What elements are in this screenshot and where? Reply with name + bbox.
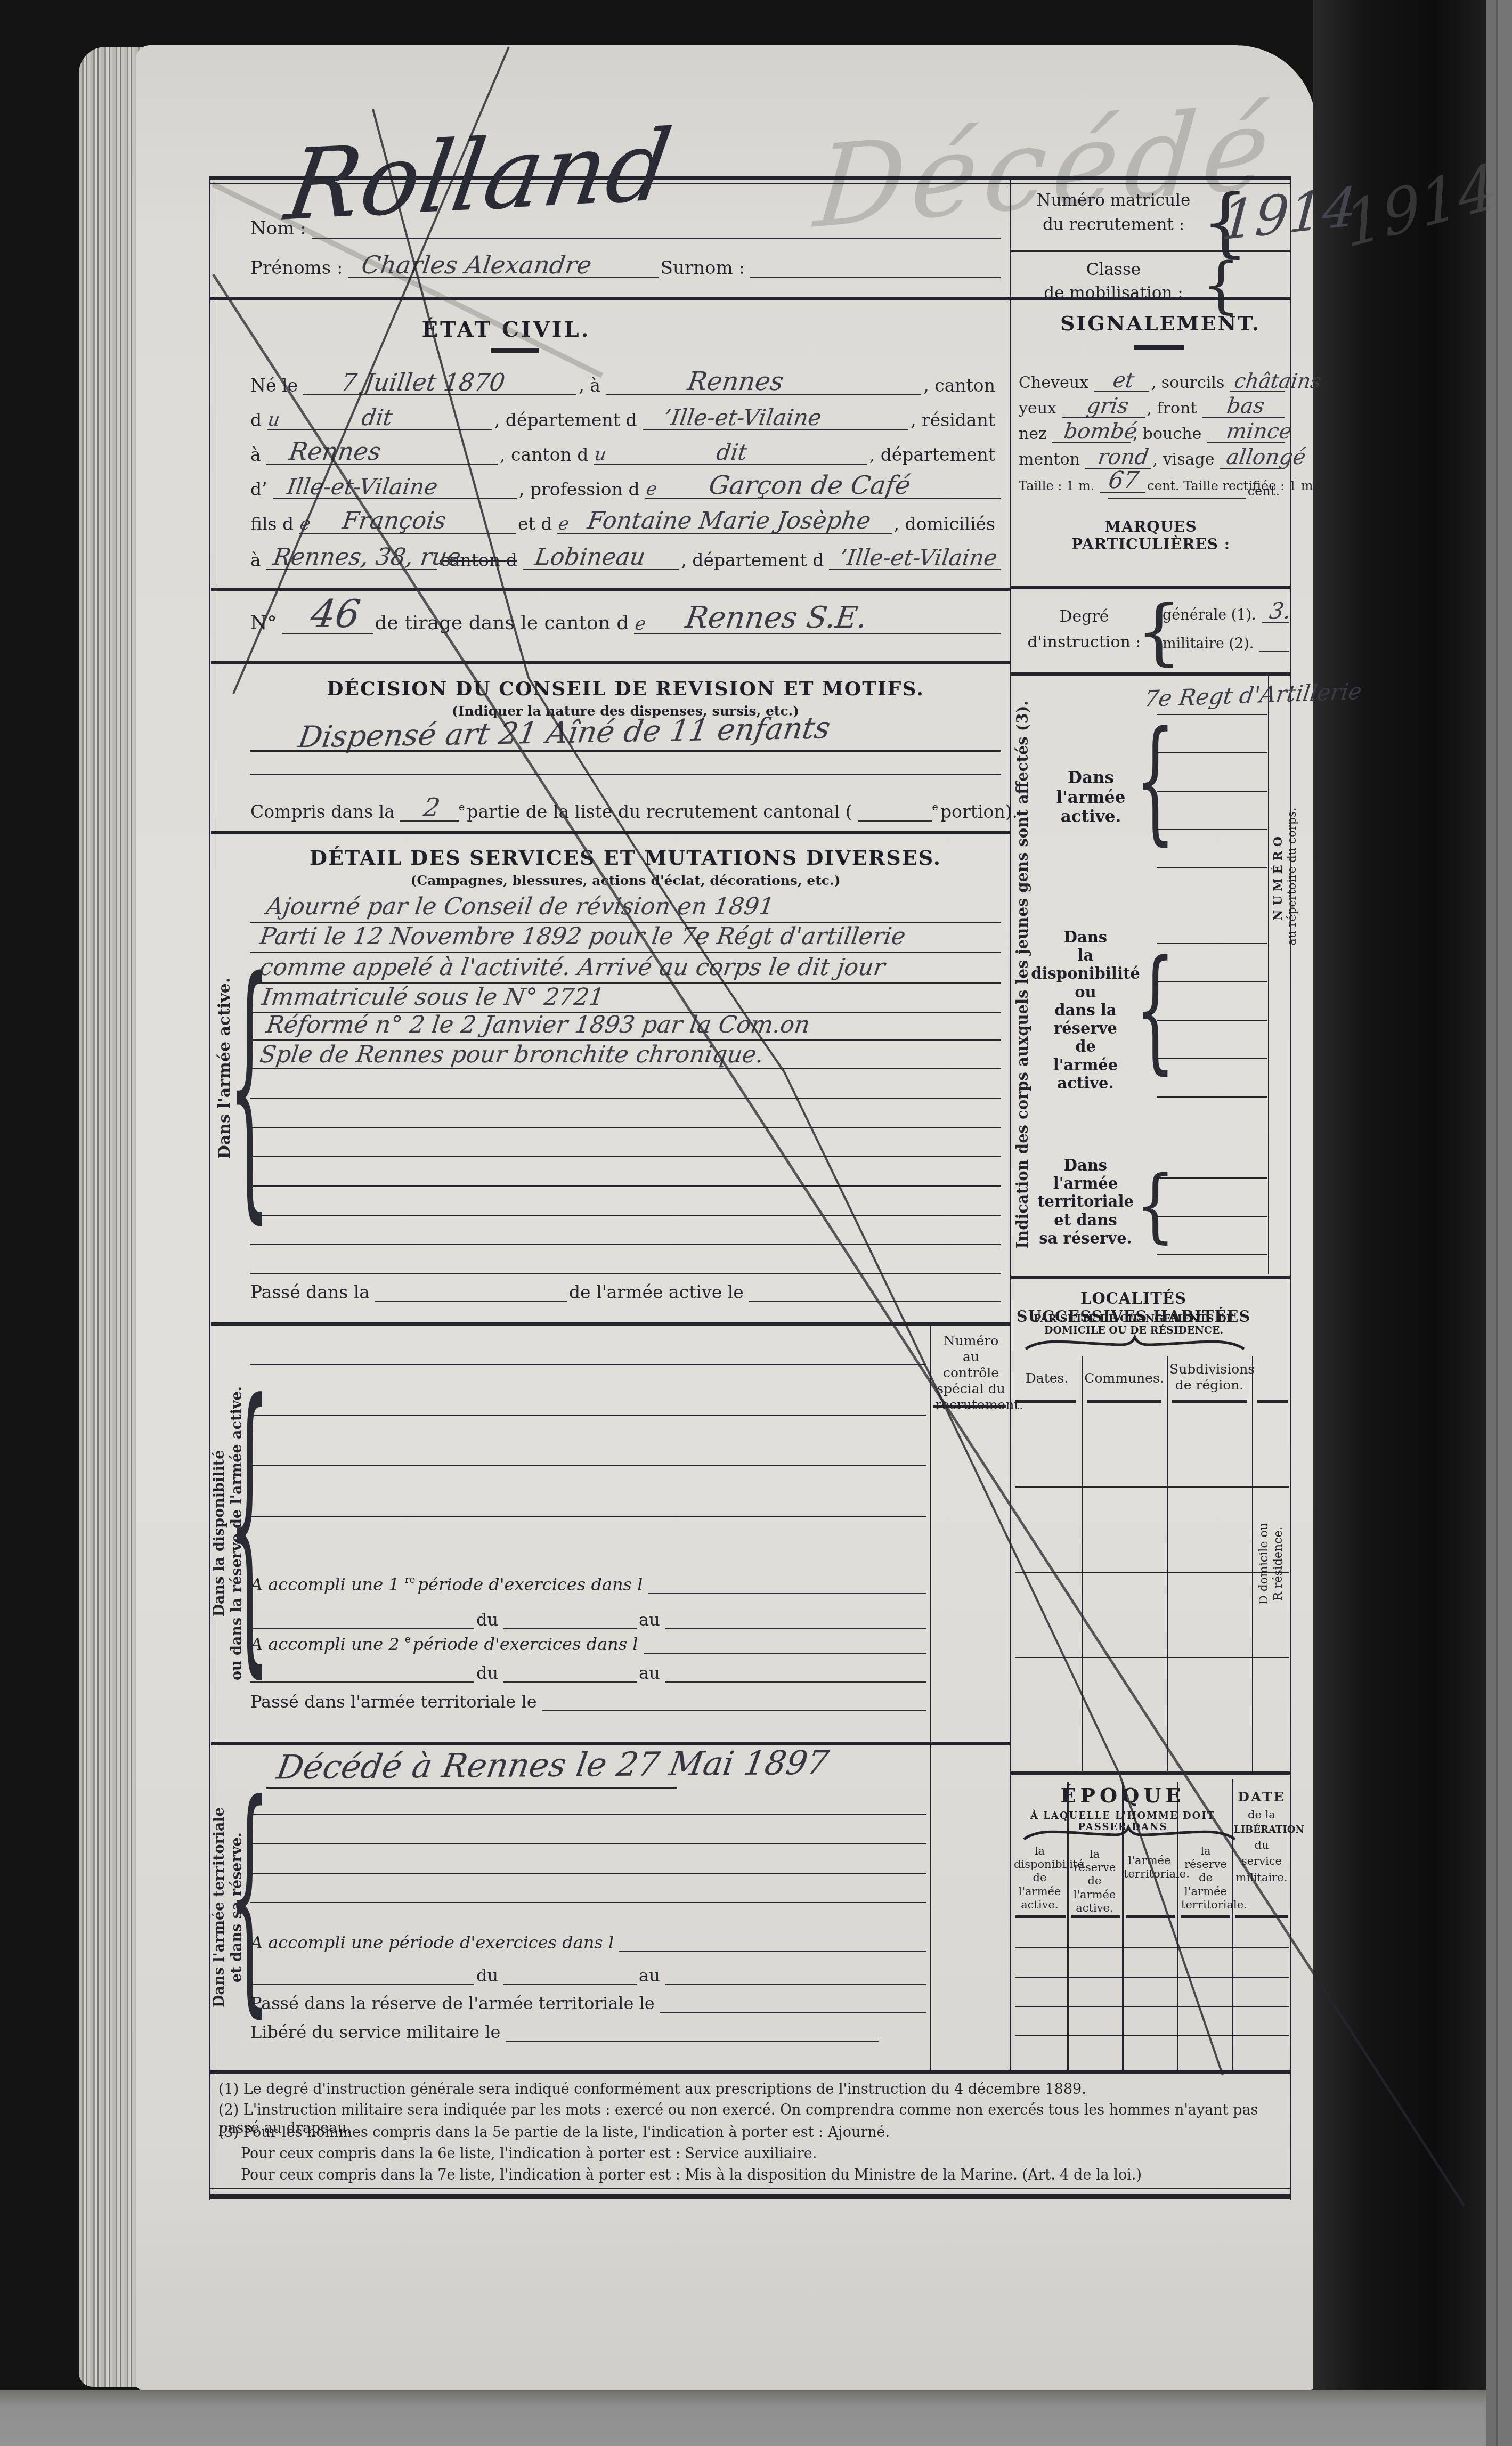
center-column-divider	[1010, 176, 1011, 2071]
epoque-date-header: DATE de la LIBÉRATION du service militai…	[1234, 1787, 1289, 1886]
form-left-border	[209, 176, 210, 2200]
signalement-title-bar	[1134, 345, 1184, 350]
epoque-divider-3	[1177, 1782, 1178, 2070]
controle-column-header: Numéro au contrôle spécial du recrutemen…	[935, 1333, 1007, 1413]
margin-brace-disponibilite: {	[229, 1368, 270, 1681]
compris-label: Compris dans la	[250, 803, 400, 822]
taille-label: Taille : 1 m.	[1019, 480, 1100, 493]
indication-corps-vertical-label: Indication des corps auxquels les jeunes…	[1013, 677, 1032, 1272]
active-block-bottom-rule	[211, 1322, 1010, 1326]
group3-l4: sa réserve.	[1031, 1229, 1140, 1247]
tirage-row: N° 46 de tirage dans le canton d e Renne…	[250, 600, 1001, 634]
periode-terr-date-line-c	[665, 1978, 926, 1985]
service-entry-4: Immatriculé sous le N° 2721	[261, 986, 606, 1009]
footnote-4: Pour ceux compris dans la 6e liste, l'in…	[241, 2145, 1285, 2163]
mother-suffix: e	[557, 515, 571, 533]
profession-label: , profession d	[517, 481, 645, 499]
group-armee-active-label: Dans l'armée active.	[1042, 768, 1140, 827]
alias-field-line	[750, 271, 1001, 278]
decision-line-2	[250, 774, 1001, 775]
dr-l2: R résidence.	[1272, 1396, 1286, 1732]
residence-canton-suffix: u	[594, 445, 608, 464]
compris-portion-label: portion).	[938, 803, 1023, 822]
parents-row: fils d e François et d e Fontaine Marie …	[250, 509, 1001, 534]
periode1-label: A accompli une 1	[250, 1576, 405, 1594]
instruction-militaire-label: militaire (2).	[1163, 637, 1259, 652]
date-l1: DATE	[1234, 1787, 1289, 1807]
canton-d-suffix: u	[267, 411, 281, 429]
bouche-label: , bouche	[1131, 426, 1207, 443]
localites-col-dates: Dates.	[1015, 1370, 1079, 1386]
group3-line	[1157, 1216, 1267, 1217]
group2-line	[1157, 981, 1267, 982]
localites-dr-vertical-label: D domicile ou R résidence.	[1257, 1396, 1286, 1732]
cheveux-label: Cheveux	[1019, 375, 1094, 392]
group3-line	[1157, 1254, 1267, 1255]
localites-row-line	[1015, 1572, 1289, 1573]
terr-line	[250, 1843, 926, 1844]
decision-line-1	[250, 750, 1001, 752]
epoque-row-line	[1015, 2006, 1289, 2007]
sourcils-value: châtains	[1233, 371, 1322, 391]
tirage-canton-suffix: e	[634, 615, 647, 633]
epoque-header-rule-5	[1235, 1915, 1288, 1918]
matricule-value: 1914	[1220, 180, 1358, 248]
sourcils-line: châtains	[1230, 385, 1285, 392]
passe-territoriale-row: Passé dans l'armée territoriale le	[250, 1687, 926, 1711]
birth-canton-row: d u dit , département d ’Ille-et-Vilaine…	[250, 405, 1001, 430]
epoque-divider-4	[1232, 1779, 1233, 2070]
passe-label-2: de l'armée active le	[567, 1283, 749, 1302]
localites-row-line	[1015, 1486, 1289, 1488]
birth-departement-line: ’Ille-et-Vilaine	[643, 422, 908, 430]
matricule-label-line2: du recrutement :	[1028, 215, 1199, 235]
matricule-label-line1: Numéro matricule	[1028, 191, 1199, 210]
compris-sup-1: e	[459, 801, 465, 813]
and-of-label: et d	[516, 515, 557, 534]
nez-row: nez bombé , bouche mince	[1019, 420, 1285, 443]
residence-departement-label: , département	[867, 446, 1001, 465]
residant-label: , résidant	[908, 411, 1001, 430]
group1-line	[1157, 829, 1267, 830]
menton-value: rond	[1097, 446, 1150, 468]
page-stack-edges	[79, 47, 142, 2387]
instruction-label-l2: d'instruction :	[1023, 633, 1145, 652]
decision-bottom-rule	[211, 831, 1010, 834]
service-line	[250, 1215, 1001, 1216]
periode2-label: A accompli une 2	[250, 1636, 405, 1654]
periode2-row: A accompli une 2 e période d'exercices d…	[250, 1629, 926, 1654]
group2-l1: Dans	[1031, 928, 1140, 946]
periode2-date-line-c	[665, 1675, 926, 1683]
taille-rectifiee-line	[1108, 491, 1246, 499]
terr-line	[250, 1873, 926, 1874]
epoque-row-line	[1015, 1977, 1289, 1978]
instruction-generale-value: 3.	[1268, 600, 1292, 622]
birth-departement-value: ’Ille-et-Vilaine	[662, 407, 823, 429]
periode1-date-line-a	[250, 1622, 474, 1629]
group3-l1: Dans l'armée	[1031, 1156, 1140, 1192]
service-line	[250, 1244, 1001, 1245]
menton-label: menton	[1019, 452, 1085, 469]
instruction-militaire-line	[1259, 645, 1289, 652]
departement-label: , département d	[492, 411, 643, 430]
mother-value: Fontaine Marie Josèphe	[586, 509, 872, 533]
dispo-line	[250, 1364, 926, 1365]
address-street-line: Lobineau	[523, 563, 679, 570]
born-label: Né le	[250, 377, 303, 395]
localites-divider-2	[1167, 1356, 1168, 1771]
compris-text-label: partie de la liste du recrutement canton…	[465, 803, 857, 822]
passe-label: Passé dans la	[250, 1283, 375, 1302]
localites-header-rule-2	[1087, 1400, 1161, 1403]
son-of-label: fils d	[250, 515, 299, 534]
classe-label-line1: Classe	[1028, 260, 1199, 280]
epoque-col4-header: la réserve de l'armée territoriale.	[1181, 1844, 1230, 1912]
passe-reserve-terr-label: Passé dans la réserve de l'armée territo…	[250, 1995, 660, 2013]
epoque-divider-2	[1122, 1782, 1124, 2070]
residence-departement-value: Ille-et-Vilaine	[286, 476, 439, 498]
service-line	[250, 1127, 1001, 1128]
group1-l1: Dans	[1042, 768, 1140, 788]
service-line	[250, 1185, 1001, 1187]
passe-armee-active-row: Passé dans la de l'armée active le	[250, 1278, 1001, 1302]
periode1-au-label: au	[637, 1611, 665, 1629]
group3-l2: territoriale	[1031, 1192, 1140, 1210]
father-line: e François	[299, 526, 516, 534]
repertoire-vertical-label: NUMÉRO au répertoire du corps.	[1271, 687, 1300, 1066]
compris-part-line: 2	[400, 814, 459, 822]
signalement-bottom-rule	[1010, 586, 1291, 589]
epoque-row-line	[1015, 1947, 1289, 1948]
epoque-divider-1	[1067, 1782, 1069, 2070]
corps-bottom-rule	[1010, 1276, 1291, 1279]
residence-canton-line: u dit	[594, 457, 867, 465]
passe-reserve-terr-line	[660, 2005, 926, 2013]
group2-l3: ou	[1031, 983, 1140, 1001]
tirage-text-label: de tirage dans le canton d	[373, 614, 635, 634]
margin-brace-territoriale: {	[229, 1775, 270, 2021]
firstnames-row: Prénoms : Charles Alexandre Surnom :	[250, 253, 1001, 278]
tirage-number-value: 46	[308, 595, 363, 633]
tirage-canton-line: e Rennes S.E.	[634, 627, 1001, 634]
born-at-label: , à	[576, 377, 606, 395]
cheveux-row: Cheveux et , sourcils châtains	[1019, 369, 1285, 392]
classe-brace: {	[1201, 255, 1240, 316]
service-entry-2: Parti le 12 Novembre 1892 pour le 7e Rég…	[258, 925, 907, 948]
passe-date-line	[749, 1295, 1001, 1302]
date-l3: LIBÉRATION	[1234, 1823, 1289, 1837]
departement-d-label: d’	[250, 481, 273, 499]
instruction-label-l1: Degré	[1034, 607, 1135, 626]
periode1-label-2: période d'exercices dans l	[415, 1576, 648, 1594]
canton-label: , canton	[921, 377, 1001, 395]
address-at-label: à	[250, 551, 266, 570]
nez-label: nez	[1019, 426, 1052, 443]
group1-line	[1157, 714, 1267, 715]
periode1-dates-row: du au	[250, 1605, 926, 1629]
periode2-du-label: du	[474, 1664, 503, 1683]
periode-terr-row: A accompli une période d'exercices dans …	[250, 1928, 926, 1952]
margin-label-disponibilite-l1: Dans la disponibilité	[211, 1326, 229, 1741]
domiciled-label: , domiciliés	[892, 515, 1001, 534]
birth-canton-line: u dit	[267, 422, 492, 430]
nez-value: bombé	[1062, 421, 1139, 442]
terr-line	[250, 1814, 926, 1815]
periode2-sup: e	[405, 1634, 411, 1645]
periode2-au-label: au	[637, 1664, 665, 1683]
profession-suffix: e	[645, 480, 658, 498]
instruction-generale-label: générale (1).	[1163, 608, 1262, 623]
service-line	[250, 1068, 1001, 1069]
repertoire-l2: au répertoire du corps.	[1286, 687, 1300, 1066]
signalement-title: SIGNALEMENT.	[1060, 312, 1252, 336]
yeux-label: yeux	[1019, 401, 1062, 418]
canton-d-label: d	[250, 411, 267, 430]
group1-line	[1157, 867, 1267, 868]
localites-col-subdivisions: Subdivisions de région.	[1169, 1361, 1249, 1393]
margin-label-territoriale-l1: Dans l'armée territoriale	[211, 1748, 229, 2067]
front-label: , front	[1145, 401, 1202, 418]
service-line	[250, 1098, 1001, 1099]
libere-label: Libéré du service militaire le	[250, 2024, 506, 2042]
address-departement-line: ’Ille-et-Vilaine	[829, 563, 1001, 570]
scanned-register-page: Décédé 1914 Nom : Rolland Prénoms : Char…	[0, 0, 1512, 2446]
firstnames-label: Prénoms :	[250, 259, 348, 278]
repertoire-l1: NUMÉRO	[1271, 687, 1286, 1066]
footnote-3: (3) Pour les hommes compris dans la 5e p…	[218, 2124, 1281, 2142]
form-bottom-border-thin	[209, 2188, 1291, 2189]
profession-line: e Garçon de Café	[645, 492, 1001, 499]
group-disponibilite-label: Dans la disponibilité ou dans la réserve…	[1031, 928, 1140, 1092]
service-entry-6: Sple de Rennes pour bronchite chronique.	[258, 1043, 765, 1067]
cheveux-value: et	[1111, 370, 1135, 391]
instruction-bottom-rule	[1010, 672, 1291, 676]
terr-line	[250, 1902, 926, 1903]
dispo-line	[250, 1415, 926, 1416]
mother-line: e Fontaine Marie Josèphe	[557, 526, 891, 534]
nez-line: bombé	[1052, 436, 1131, 443]
death-note-underline	[266, 1787, 677, 1789]
periode-terr-du-label: du	[474, 1967, 503, 1985]
scanner-right-edge	[1486, 0, 1512, 2446]
surname-signature: Rolland	[280, 116, 678, 234]
periode-terr-line	[619, 1945, 926, 1952]
group2-line	[1157, 1058, 1267, 1059]
yeux-row: yeux gris , front bas	[1019, 394, 1285, 418]
localites-row-line	[1015, 1657, 1289, 1658]
compris-row: Compris dans la 2 e partie de la liste d…	[250, 797, 1001, 822]
tirage-bottom-rule	[211, 661, 1010, 664]
epoque-header-rule-1	[1015, 1915, 1066, 1918]
address-departement-label: , département d	[679, 551, 829, 570]
epoque-header-rule-3	[1126, 1915, 1175, 1918]
compris-portion-line	[858, 814, 932, 822]
epoque-header-rule-2	[1071, 1915, 1120, 1918]
parents-address-row: à Rennes, 38, rue canton d Lobineau , dé…	[250, 546, 1001, 570]
etat-civil-bottom-rule	[211, 588, 1010, 591]
group2-line	[1157, 1096, 1267, 1098]
tirage-number-line: 46	[282, 627, 373, 634]
localites-divider-1	[1082, 1356, 1083, 1771]
controle-header-rule	[933, 1405, 1006, 1408]
compris-part-value: 2	[422, 795, 442, 820]
service-line	[250, 1273, 1001, 1274]
group1-line	[1157, 752, 1267, 753]
localites-col-communes: Communes.	[1084, 1370, 1164, 1386]
passe-territoriale-line	[542, 1704, 926, 1711]
footnote-1: (1) Le degré d'instruction générale sera…	[218, 2081, 1281, 2099]
dispo-line	[250, 1465, 926, 1466]
father-suffix: e	[299, 515, 312, 533]
birth-row: Né le 7 Juillet 1870 , à Rennes , canton	[250, 371, 1001, 395]
instruction-generale-row: générale (1). 3.	[1163, 601, 1289, 623]
visage-value: allongé	[1225, 446, 1307, 468]
periode2-label-2: période d'exercices dans l	[411, 1636, 644, 1654]
service-line	[250, 1156, 1001, 1157]
content-bottom-rule	[209, 2070, 1291, 2074]
cheveux-line: et	[1094, 385, 1149, 392]
name-band-bottom-rule	[209, 297, 1291, 300]
visage-line: allongé	[1220, 461, 1285, 469]
form-bottom-border	[209, 2194, 1291, 2199]
group2-line	[1157, 1020, 1267, 1021]
birth-date-line: 7 Juillet 1870	[303, 388, 576, 395]
bouche-line: mince	[1207, 436, 1285, 443]
etat-civil-title-bar	[491, 348, 539, 353]
repertoire-strip-divider	[1268, 676, 1269, 1274]
taille-cent-row: cent.	[1108, 477, 1285, 499]
date-l2: de la	[1234, 1807, 1289, 1823]
localites-bottom-rule	[1010, 1771, 1291, 1775]
address-street-value: Lobineau	[533, 546, 647, 569]
service-line	[250, 1039, 1001, 1041]
birth-place-value: Rennes	[686, 369, 785, 394]
address-value: Rennes, 38, rue	[271, 546, 462, 569]
epoque-row-line	[1015, 2035, 1289, 2036]
periode-terr-dates-row: du au	[250, 1961, 926, 1985]
address-departement-value: ’Ille-et-Vilaine	[838, 547, 998, 569]
bouche-value: mince	[1225, 421, 1293, 442]
group3-line	[1157, 1177, 1267, 1179]
passe-territoriale-label: Passé dans l'armée territoriale le	[250, 1693, 542, 1711]
controle-column-divider	[930, 1324, 931, 2070]
group3-l3: et dans	[1031, 1211, 1140, 1229]
instruction-militaire-row: militaire (2).	[1163, 630, 1289, 652]
periode-terr-date-line-a	[250, 1978, 474, 1985]
firstnames-value: Charles Alexandre	[360, 253, 593, 277]
periode1-du-label: du	[474, 1611, 503, 1629]
localites-header-rule-3	[1172, 1400, 1247, 1403]
yeux-value: gris	[1085, 395, 1130, 417]
group2-line	[1157, 943, 1267, 944]
taille-cent-label: cent.	[1246, 485, 1285, 499]
group2-l2: la disponibilité	[1031, 946, 1140, 982]
localites-header-rule-1	[1015, 1400, 1076, 1403]
passe-blank-line	[375, 1295, 567, 1302]
decision-value: Dispensé art 21 Aîné de 11 enfants	[296, 713, 832, 753]
localites-subtitle: PAR SUITE DE CHANGEMENTS DE DOMICILE OU …	[1011, 1313, 1256, 1337]
periode2-dates-row: du au	[250, 1658, 926, 1683]
front-line: bas	[1202, 410, 1285, 418]
libere-line	[506, 2034, 879, 2042]
menton-row: menton rond , visage allongé	[1019, 445, 1285, 469]
epoque-col3-header: l'armée territoriale.	[1124, 1854, 1175, 1881]
decision-title: DÉCISION DU CONSEIL DE REVISION ET MOTIF…	[250, 678, 1001, 700]
epoque-col1-header: la disponibilité de l'armée active.	[1014, 1844, 1066, 1912]
residence-at-label: à	[250, 446, 266, 465]
epoque-header-rule-4	[1181, 1915, 1230, 1918]
group1-line	[1157, 791, 1267, 792]
periode1-line	[648, 1587, 926, 1594]
periode2-date-line-b	[503, 1675, 637, 1683]
detail-subtitle: (Campagnes, blessures, actions d'éclat, …	[250, 873, 1001, 889]
birth-place-line: Rennes	[606, 388, 921, 395]
group2-l4: dans la réserve	[1031, 1001, 1140, 1037]
date-l5: militaire.	[1234, 1870, 1289, 1886]
passe-reserve-terr-row: Passé dans la réserve de l'armée territo…	[250, 1988, 926, 2013]
compris-sup-2: e	[932, 801, 938, 813]
group-territoriale-label: Dans l'armée territoriale et dans sa rés…	[1031, 1156, 1140, 1247]
instruction-generale-line: 3.	[1262, 616, 1289, 623]
periode1-date-line-b	[503, 1622, 637, 1629]
book-gutter-shadow	[1313, 0, 1486, 2446]
periode1-sup: re	[405, 1574, 416, 1586]
service-entry-3: comme appelé à l'activité. Arrivé au cor…	[258, 956, 887, 979]
matricule-classe-divider	[1010, 250, 1291, 252]
libere-row: Libéré du service militaire le	[250, 2017, 926, 2042]
localites-divider-3	[1252, 1356, 1253, 1771]
periode-terr-label: A accompli une période d'exercices dans …	[250, 1934, 619, 1952]
death-note: Décédé à Rennes le 27 Mai 1897	[274, 1746, 831, 1784]
service-line	[250, 952, 1001, 953]
profession-value: Garçon de Café	[707, 473, 912, 498]
visage-label: , visage	[1151, 452, 1220, 469]
residence-row: à Rennes , canton d u dit , département	[250, 440, 1001, 465]
residence-place-value: Rennes	[288, 439, 383, 464]
father-value: François	[340, 509, 447, 533]
margin-brace-armee-active: {	[229, 949, 270, 1227]
residence-canton-value: dit	[715, 441, 749, 464]
dispo-line	[250, 1516, 926, 1517]
periode1-date-line-c	[665, 1622, 926, 1629]
periode2-date-line-a	[250, 1675, 474, 1683]
front-value: bas	[1225, 395, 1266, 417]
service-entry-1: Ajourné par le Conseil de révision en 18…	[265, 895, 776, 919]
etat-civil-title: ÉTAT CIVIL.	[373, 317, 639, 342]
scanner-bottom-edge	[0, 2390, 1486, 2446]
profession-row: d’ Ille-et-Vilaine , profession d e Garç…	[250, 475, 1001, 499]
residence-departement-line: Ille-et-Vilaine	[273, 492, 517, 499]
detail-title: DÉTAIL DES SERVICES ET MUTATIONS DIVERSE…	[250, 846, 1001, 870]
epoque-col2-header: la réserve de l'armée active.	[1069, 1848, 1120, 1915]
residence-place-line: Rennes	[266, 457, 498, 465]
periode-terr-au-label: au	[637, 1967, 665, 1985]
periode2-line	[644, 1646, 926, 1654]
group2-l5: de	[1031, 1037, 1140, 1055]
dr-l1: D domicile ou	[1257, 1396, 1272, 1732]
sourcils-label: , sourcils	[1149, 375, 1230, 392]
birth-date-value: 7 Juillet 1870	[340, 370, 507, 394]
date-l4: du service	[1234, 1837, 1289, 1870]
marques-title: MARQUES PARTICULIÈRES :	[1034, 518, 1268, 553]
periode1-row: A accompli une 1 re période d'exercices …	[250, 1570, 926, 1594]
yeux-line: gris	[1062, 410, 1145, 418]
alias-label: Surnom :	[659, 259, 750, 278]
address-line: Rennes, 38, rue	[266, 563, 438, 570]
tirage-canton-value: Rennes S.E.	[684, 603, 869, 633]
service-entry-5: Réformé n° 2 le 2 Janvier 1893 par la Co…	[265, 1013, 811, 1037]
